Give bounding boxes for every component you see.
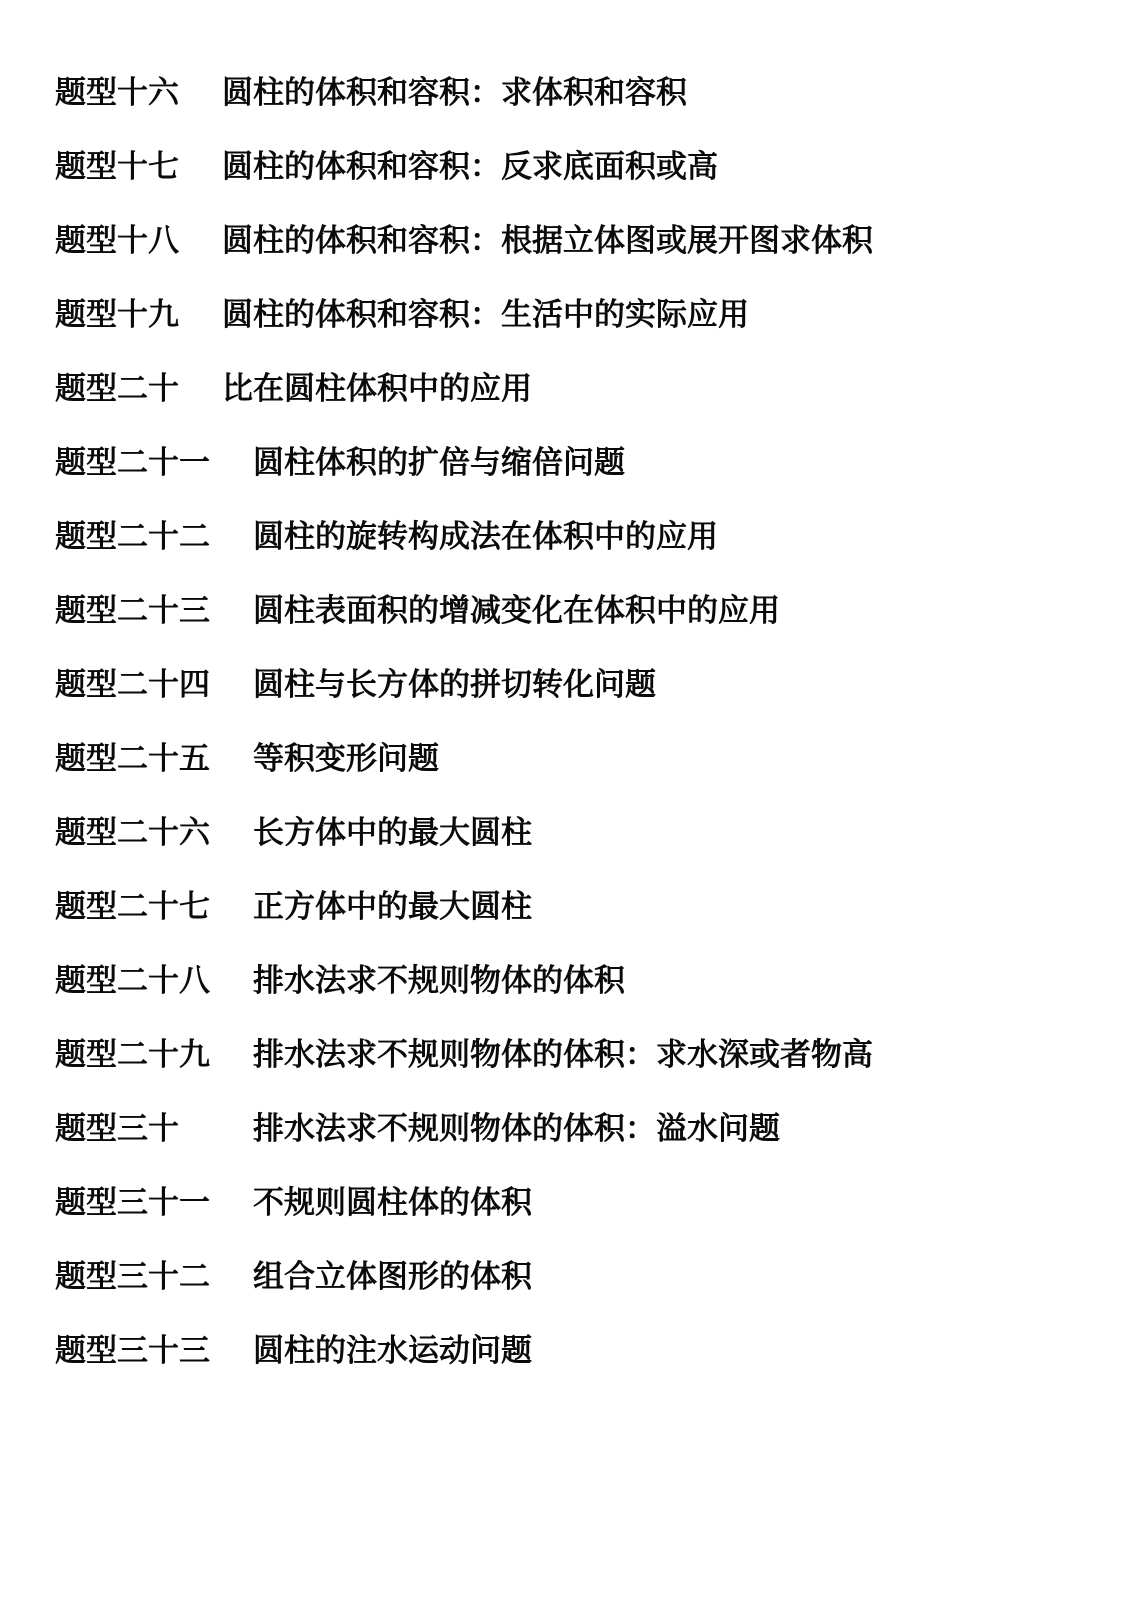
toc-row: 题型十八 圆柱的体积和容积：根据立体图或展开图求体积 [55,203,1101,277]
toc-row: 题型十九 圆柱的体积和容积：生活中的实际应用 [55,277,1101,351]
toc-row-title: 排水法求不规则物体的体积：溢水问题 [253,1113,780,1144]
toc-row-title: 正方体中的最大圆柱 [253,891,532,922]
toc-row-label: 题型三十 [55,1113,253,1144]
toc-row-title: 圆柱体积的扩倍与缩倍问题 [253,447,625,478]
toc-row: 题型十七 圆柱的体积和容积：反求底面积或高 [55,129,1101,203]
toc-row: 题型二十七 正方体中的最大圆柱 [55,869,1101,943]
toc-row-title: 圆柱表面积的增减变化在体积中的应用 [253,595,780,626]
toc-row: 题型二十八 排水法求不规则物体的体积 [55,943,1101,1017]
toc-row-label: 题型十九 [55,299,222,330]
toc-row: 题型三十三 圆柱的注水运动问题 [55,1313,1101,1387]
toc-row: 题型二十三 圆柱表面积的增减变化在体积中的应用 [55,573,1101,647]
toc-row-title: 排水法求不规则物体的体积：求水深或者物高 [253,1039,873,1070]
toc-row: 题型二十 比在圆柱体积中的应用 [55,351,1101,425]
toc-row-label: 题型三十二 [55,1261,253,1292]
toc-row-label: 题型二十六 [55,817,253,848]
toc-row-label: 题型二十九 [55,1039,253,1070]
toc-row: 题型三十 排水法求不规则物体的体积：溢水问题 [55,1091,1101,1165]
toc-row-label: 题型二十五 [55,743,253,774]
toc-row-label: 题型二十四 [55,669,253,700]
toc-row-title: 圆柱的体积和容积：反求底面积或高 [222,151,718,182]
toc-row-label: 题型二十三 [55,595,253,626]
toc-row: 题型二十二 圆柱的旋转构成法在体积中的应用 [55,499,1101,573]
toc-row-label: 题型二十七 [55,891,253,922]
toc-row: 题型二十一 圆柱体积的扩倍与缩倍问题 [55,425,1101,499]
toc-row-title: 圆柱的体积和容积：求体积和容积 [222,77,687,108]
toc-row-title: 排水法求不规则物体的体积 [253,965,625,996]
toc-row-label: 题型三十一 [55,1187,253,1218]
toc-row-title: 比在圆柱体积中的应用 [222,373,532,404]
toc-row-title: 圆柱的体积和容积：根据立体图或展开图求体积 [222,225,873,256]
toc-row-title: 圆柱的旋转构成法在体积中的应用 [253,521,718,552]
toc-row-label: 题型十八 [55,225,222,256]
toc-row-label: 题型二十二 [55,521,253,552]
toc-row-title: 不规则圆柱体的体积 [253,1187,532,1218]
toc-row-title: 圆柱的体积和容积：生活中的实际应用 [222,299,749,330]
toc-row: 题型二十四 圆柱与长方体的拼切转化问题 [55,647,1101,721]
toc-row-label: 题型十七 [55,151,222,182]
toc-row-label: 题型十六 [55,77,222,108]
toc-row: 题型二十九 排水法求不规则物体的体积：求水深或者物高 [55,1017,1101,1091]
toc-row-title: 圆柱与长方体的拼切转化问题 [253,669,656,700]
toc-row-label: 题型二十 [55,373,222,404]
toc-row-title: 圆柱的注水运动问题 [253,1335,532,1366]
toc-row: 题型二十六 长方体中的最大圆柱 [55,795,1101,869]
toc-row-title: 组合立体图形的体积 [253,1261,532,1292]
toc-row: 题型二十五 等积变形问题 [55,721,1101,795]
toc-row-title: 等积变形问题 [253,743,439,774]
toc-row-label: 题型二十八 [55,965,253,996]
toc-row: 题型三十一 不规则圆柱体的体积 [55,1165,1101,1239]
toc-row-label: 题型二十一 [55,447,253,478]
toc-row: 题型十六 圆柱的体积和容积：求体积和容积 [55,55,1101,129]
toc-row-title: 长方体中的最大圆柱 [253,817,532,848]
document-page: 题型十六 圆柱的体积和容积：求体积和容积 题型十七 圆柱的体积和容积：反求底面积… [0,0,1131,1600]
toc-row: 题型三十二 组合立体图形的体积 [55,1239,1101,1313]
toc-row-label: 题型三十三 [55,1335,253,1366]
